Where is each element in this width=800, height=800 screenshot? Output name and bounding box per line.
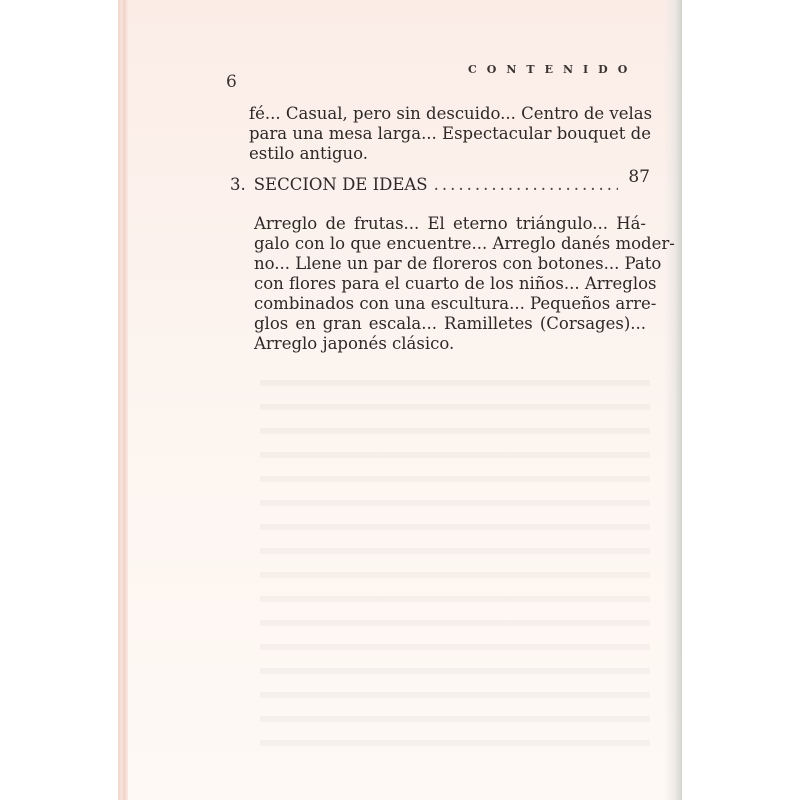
description-line: combinados con una escultura... Pequeños… [254, 294, 646, 314]
dot-leader: ........................................… [434, 175, 619, 194]
section-page-number: 87 [628, 167, 650, 187]
page-number: 6 [226, 72, 237, 92]
continued-paragraph: fé... Casual, pero sin descuido... Centr… [249, 104, 646, 164]
paragraph-line: para una mesa larga... Espectacular bouq… [249, 124, 646, 144]
section-description: Arreglo de frutas... El eterno triángulo… [254, 214, 646, 354]
bleed-through-text [260, 370, 650, 760]
page-right-shadow [664, 0, 682, 800]
description-line: con flores para el cuarto de los niños..… [254, 274, 646, 294]
paragraph-line: fé... Casual, pero sin descuido... Centr… [249, 104, 646, 124]
running-head: CONTENIDO [468, 63, 637, 76]
paragraph-line: estilo antiguo. [249, 144, 646, 164]
description-line: glos en gran escala... Ramilletes (Corsa… [254, 314, 646, 334]
toc-entry-section-3: 3. SECCION DE IDEAS ....................… [230, 175, 650, 199]
description-line: Arreglo de frutas... El eterno triángulo… [254, 214, 646, 234]
page-left-edge [118, 0, 128, 800]
section-title: SECCION DE IDEAS [254, 175, 428, 194]
description-line: galo con lo que encuentre... Arreglo dan… [254, 234, 646, 254]
section-number: 3. [230, 175, 246, 194]
description-line: no... Llene un par de floreros con boton… [254, 254, 646, 274]
description-line: Arreglo japonés clásico. [254, 334, 646, 354]
